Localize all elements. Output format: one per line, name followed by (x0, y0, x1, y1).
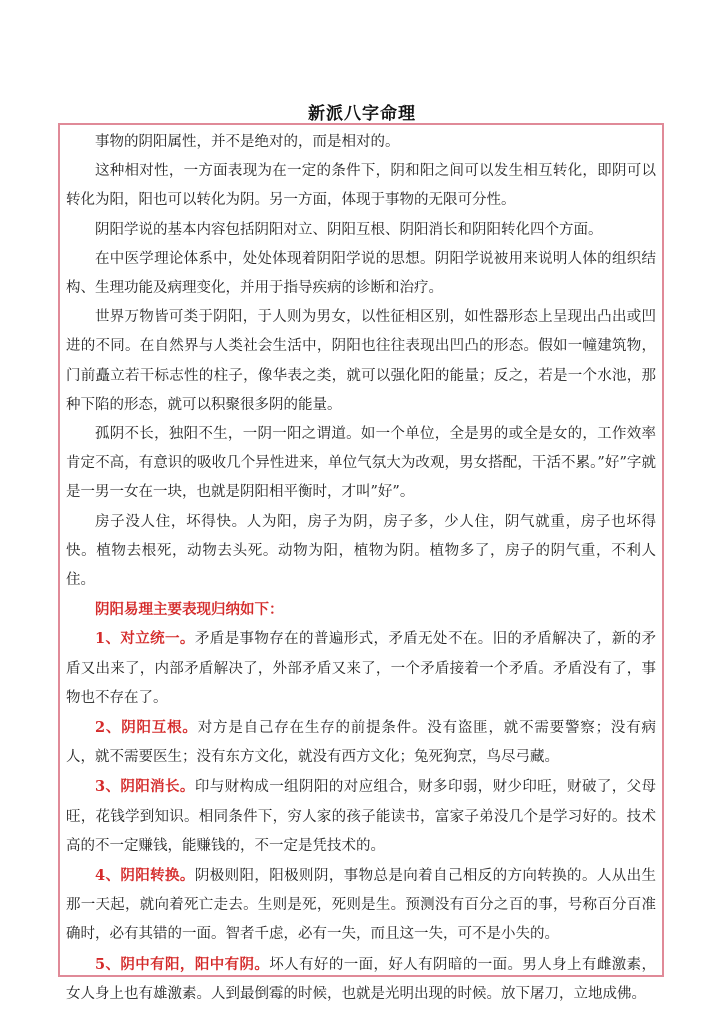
document-title: 新派八字命理 (0, 99, 724, 124)
list-item: 5、阴中有阳，阳中有阴。坏人有好的一面，好人有阴暗的一面。男人身上有雌激素，女人… (66, 950, 656, 1009)
list-item: 4、阴阳转换。阴极则阳，阳极则阴，事物总是向着自己相反的方向转换的。人从出生那一… (66, 861, 656, 950)
paragraph: 房子没人住，坏得快。人为阳，房子为阴，房子多，少人住，阴气就重，房子也坏得快。植… (66, 508, 656, 596)
item-label: 1、对立统一。 (95, 630, 195, 647)
paragraph: 阴阳学说的基本内容包括阴阳对立、阴阳互根、阴阳消长和阴阳转化四个方面。 (66, 216, 656, 245)
paragraph: 事物的阴阳属性，并不是绝对的，而是相对的。 (66, 128, 656, 157)
paragraph: 世界万物皆可类于阴阳，于人则为男女，以性征相区别，如性器形态上呈现出凸出或凹进的… (66, 303, 656, 420)
paragraph: 这种相对性，一方面表现为在一定的条件下，阴和阳之间可以发生相互转化，即阴可以转化… (66, 157, 656, 215)
paragraph: 孤阴不长，独阳不生，一阴一阳之谓道。如一个单位，全是男的或全是女的，工作效率肯定… (66, 420, 656, 508)
paragraph: 在中医学理论体系中，处处体现着阴阳学说的思想。阴阳学说被用来说明人体的组织结构、… (66, 245, 656, 303)
item-label: 2、阴阳互根。 (95, 719, 198, 736)
item-label: 5、阴中有阳，阳中有阴。 (95, 956, 269, 973)
item-label: 3、阴阳消长。 (95, 778, 195, 795)
document-body: 事物的阴阳属性，并不是绝对的，而是相对的。 这种相对性，一方面表现为在一定的条件… (66, 128, 656, 1009)
section-heading: 阴阳易理主要表现归纳如下： (66, 595, 656, 624)
list-item: 3、阴阳消长。印与财构成一组阴阳的对应组合，财多印弱，财少印旺，财破了，父母旺，… (66, 772, 656, 861)
item-label: 4、阴阳转换。 (95, 867, 195, 884)
list-item: 2、阴阳互根。对方是自己存在生存的前提条件。没有盗匪，就不需要警察；没有病人，就… (66, 713, 656, 772)
list-item: 1、对立统一。矛盾是事物存在的普遍形式，矛盾无处不在。旧的矛盾解决了，新的矛盾又… (66, 624, 656, 713)
